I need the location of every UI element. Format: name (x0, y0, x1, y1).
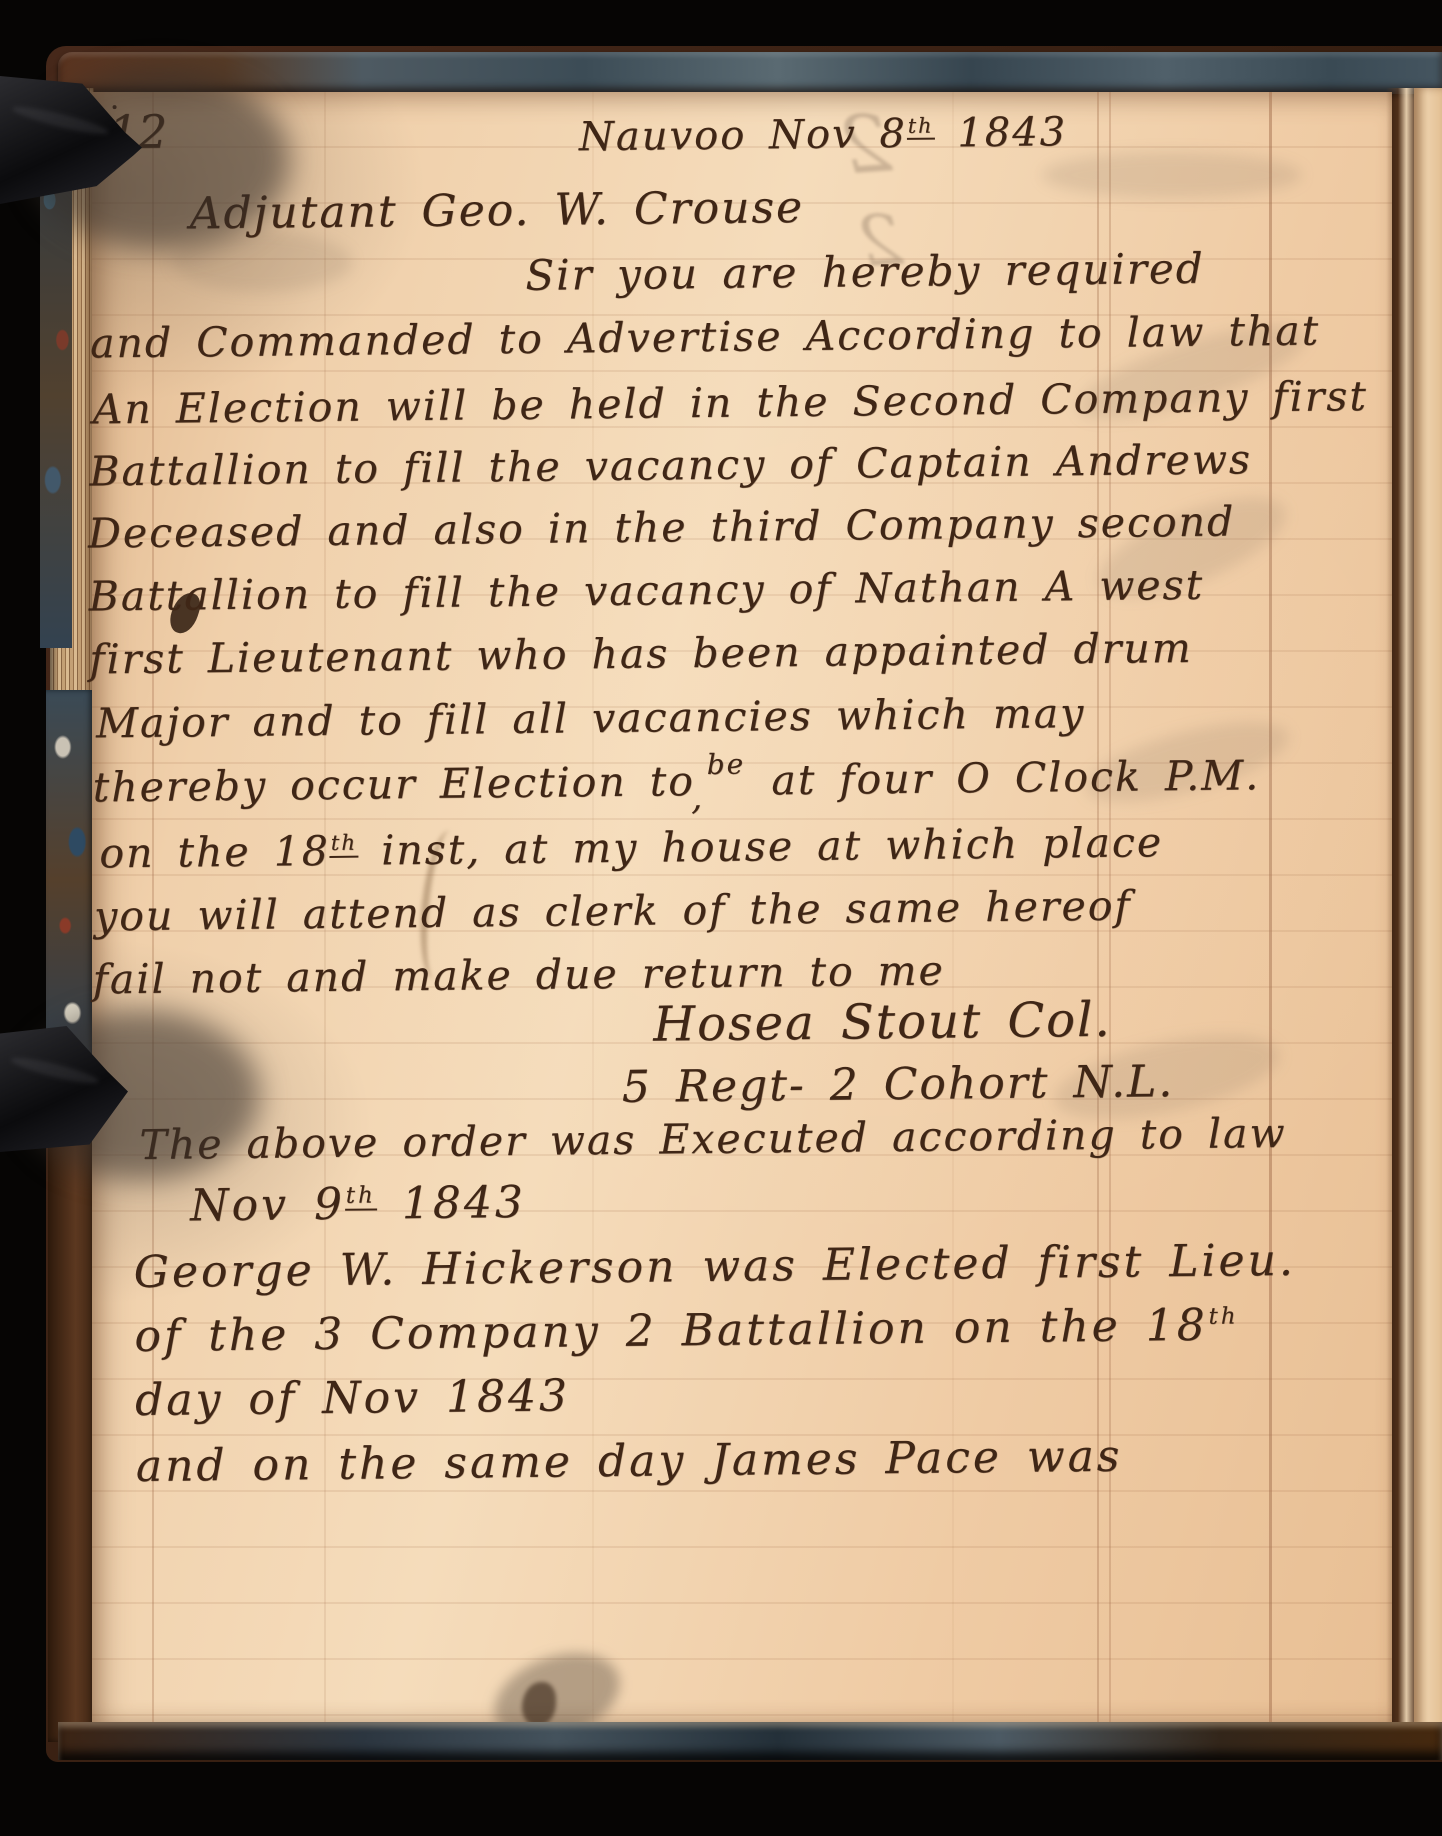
entry-closing-line: you will attend as clerk of the same her… (94, 882, 1132, 941)
next-page-sliver (1414, 88, 1442, 1736)
entry-insert-line: thereby occur Election to,be at four O C… (92, 751, 1260, 811)
endorsement-date: Nov 9th 1843 (190, 1177, 526, 1232)
scanned-journal-photo: 2 2 12 Nauvoo Nov 8th 1843 Adjutant Geo.… (0, 0, 1442, 1836)
entry-body-line: An Election will be held in the Second C… (92, 372, 1368, 433)
leather-spine-lower (48, 1130, 98, 1742)
signature-unit: 5 Regt- 2 Cohort N.L. (622, 1056, 1175, 1113)
entry-body-line: and Commanded to Advertise According to … (90, 307, 1321, 368)
page-fold-crease (1386, 88, 1416, 1736)
entry-body-line: Deceased and also in the third Company s… (88, 497, 1236, 557)
signature-name: Hosea Stout Col. (653, 992, 1112, 1053)
endorsement-line: The above order was Executed according t… (139, 1109, 1287, 1169)
entry-opening: Sir you are hereby required (525, 244, 1205, 300)
entry-body-line: Major and to fill all vacancies which ma… (96, 689, 1086, 747)
entry-dateline: Nauvoo Nov 8th 1843 (579, 109, 1068, 160)
journal-page: 2 2 12 Nauvoo Nov 8th 1843 Adjutant Geo.… (92, 92, 1392, 1726)
endorsement-line: of the 3 Company 2 Battallion on the 18t… (134, 1299, 1240, 1362)
book-bottom-edge (58, 1722, 1442, 1760)
marbled-edge-middle (46, 690, 94, 1070)
entry-body-line: first Lieutenant who has been appainted … (89, 624, 1193, 684)
endorsement-line: George W. Hickerson was Elected first Li… (134, 1235, 1297, 1298)
entry-body-line: Battallion to fill the vacancy of Captai… (89, 435, 1252, 495)
entry-inst-line: on the 18th inst, at my house at which p… (99, 818, 1163, 877)
endorsement-line: and on the same day James Pace was (136, 1431, 1123, 1492)
entry-body-line: Battallion to fill the vacancy of Nathan… (88, 561, 1204, 621)
handwritten-text-layer: 12 Nauvoo Nov 8th 1843 Adjutant Geo. W. … (83, 84, 1400, 1732)
endorsement-line: day of Nov 1843 (135, 1370, 570, 1426)
